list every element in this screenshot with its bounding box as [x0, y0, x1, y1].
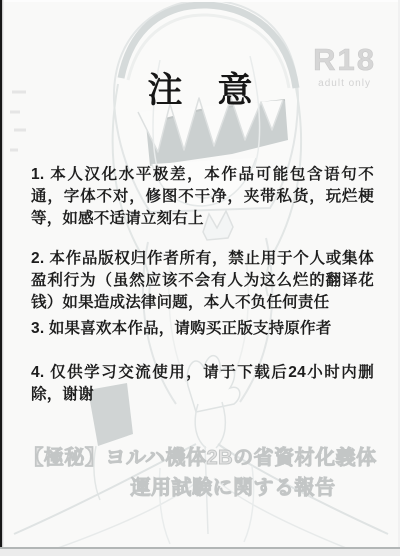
scan-edge-bottom: [0, 547, 400, 556]
page-title: 注 意: [0, 63, 400, 113]
footer-title-line2: 運用試験に関する報告: [33, 473, 400, 503]
notice-item-1: 1. 本人汉化水平极差，本作品可能包含语句不通，字体不对，修图不干净，夹带私货，…: [31, 164, 374, 230]
notice-page: R18 adult only 注 意 1. 本人汉化水平极差，本作品可能包含语句…: [0, 0, 400, 556]
notice-item-3: 3. 如果喜欢本作品，请购买正版支持原作者: [31, 318, 374, 340]
scan-edge-top: [0, 0, 400, 2]
footer-title: 【極秘】ヨルハ機体2Bの省資材化義体 運用試験に関する報告: [0, 443, 400, 503]
notice-item-2: 2. 本作品版权归作者所有，禁止用于个人或集体盈利行为（虽然应该不会有人为这么烂…: [31, 248, 374, 314]
footer-title-line1: 【極秘】ヨルハ機体2Bの省資材化義体: [0, 443, 400, 473]
scan-edge-left: [0, 0, 4, 556]
notice-item-4: 4. 仅供学习交流使用，请于下载后24小时内删除，谢谢: [31, 362, 374, 406]
